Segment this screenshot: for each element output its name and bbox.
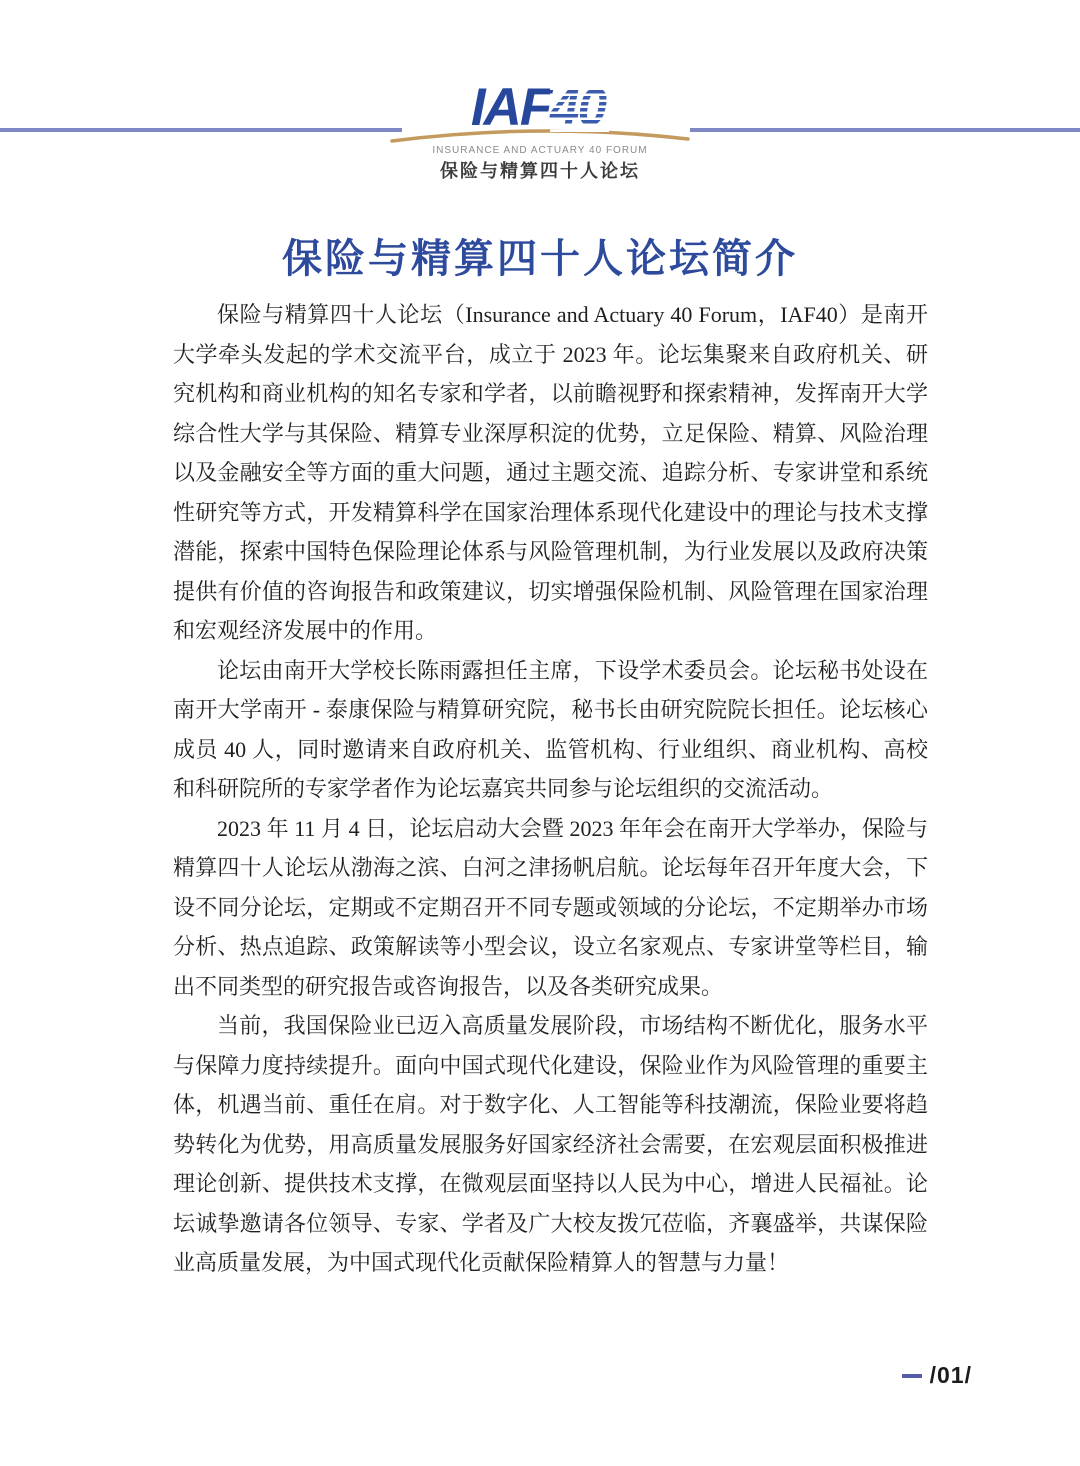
paragraph-outlook: 当前，我国保险业已迈入高质量发展阶段，市场结构不断优化，服务水平与保障力度持续提… bbox=[173, 1006, 928, 1283]
logo-subtitle-cn: 保险与精算四十人论坛 bbox=[380, 157, 700, 183]
page-footer: /01/ bbox=[902, 1362, 972, 1389]
paragraph-intro: 保险与精算四十人论坛（Insurance and Actuary 40 Foru… bbox=[173, 295, 928, 651]
logo-subtitle-en: INSURANCE AND ACTUARY 40 FORUM bbox=[380, 145, 700, 156]
document-page: IAF40 INSURANCE AND ACTUARY 40 FORUM 保险与… bbox=[0, 0, 1080, 1466]
page-number: /01/ bbox=[930, 1362, 972, 1389]
wordmark-iaf-text: IAF bbox=[471, 78, 550, 137]
paragraph-launch: 2023 年 11 月 4 日，论坛启动大会暨 2023 年年会在南开大学举办，… bbox=[173, 809, 928, 1007]
header-rule-left bbox=[0, 128, 402, 132]
footer-dash-icon bbox=[902, 1374, 922, 1378]
wordmark-40-text: 40 bbox=[550, 84, 609, 132]
document-body: 保险与精算四十人论坛（Insurance and Actuary 40 Foru… bbox=[173, 295, 928, 1283]
iaf40-wordmark-icon: IAF40 bbox=[380, 84, 700, 132]
paragraph-organization: 论坛由南开大学校长陈雨露担任主席，下设学术委员会。论坛秘书处设在南开大学南开 -… bbox=[173, 651, 928, 809]
iaf40-logo: IAF40 INSURANCE AND ACTUARY 40 FORUM 保险与… bbox=[380, 84, 700, 183]
header-rule-right bbox=[690, 128, 1080, 132]
page-title: 保险与精算四十人论坛简介 bbox=[0, 227, 1080, 284]
